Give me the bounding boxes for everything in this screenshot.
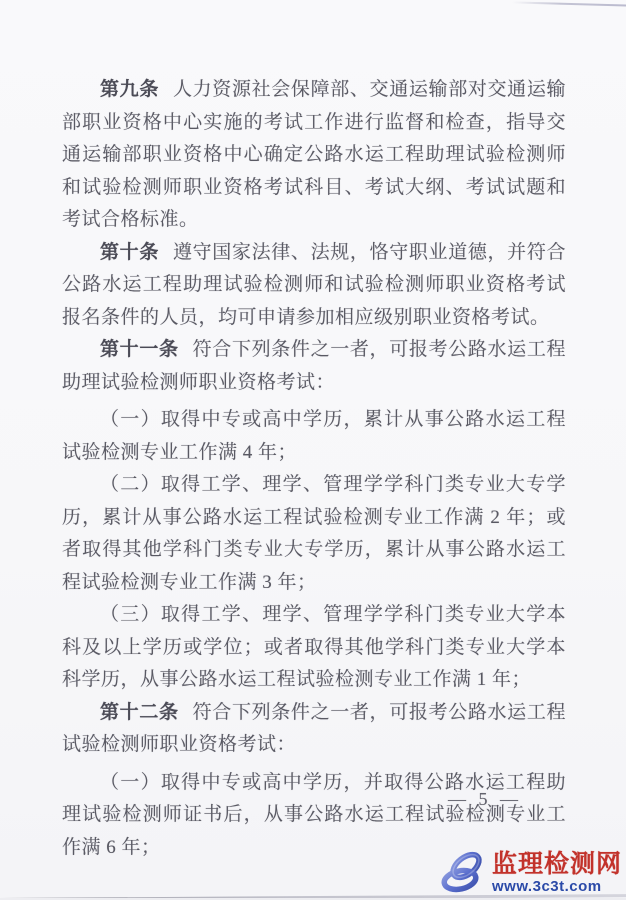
- document-body: 第九条人力资源社会保障部、交通运输部对交通运输部职业资格中心实施的考试工作进行监…: [62, 74, 566, 864]
- site-watermark: 监理检测网 www.3c3t.com: [438, 849, 622, 897]
- paragraph-article-12: 第十二条符合下列条件之一者，可报考公路水运工程试验检测师职业资格考试：: [62, 697, 566, 762]
- paragraph-item-2: （二）取得工学、理学、管理学学科门类专业大专学历，累计从事公路水运工程试验检测专…: [62, 469, 566, 599]
- article-12-heading: 第十二条: [100, 702, 179, 723]
- article-10-heading: 第十条: [100, 242, 159, 263]
- paragraph-item-3: （三）取得工学、理学、管理学学科门类专业大学本科及以上学历或学位；或者取得其他学…: [62, 599, 566, 697]
- item-1b-text: （一）取得中专或高中学历，并取得公路水运工程助理试验检测师证书后，从事公路水运工…: [62, 772, 566, 858]
- watermark-site-url: www.3c3t.com: [492, 879, 602, 894]
- item-1-text: （一）取得中专或高中学历，累计从事公路水运工程试验检测专业工作满 4 年；: [62, 409, 566, 463]
- article-9-text: 人力资源社会保障部、交通运输部对交通运输部职业资格中心实施的考试工作进行监督和检…: [62, 79, 566, 230]
- item-3-text: （三）取得工学、理学、管理学学科门类专业大学本科及以上学历或学位；或者取得其他学…: [62, 604, 566, 690]
- interlocked-rings-logo-icon: [438, 849, 488, 897]
- paragraph-article-9: 第九条人力资源社会保障部、交通运输部对交通运输部职业资格中心实施的考试工作进行监…: [62, 74, 566, 237]
- paragraph-article-10: 第十条遵守国家法律、法规，恪守职业道德，并符合公路水运工程助理试验检测师和试验检…: [62, 237, 566, 335]
- paragraph-article-11: 第十一条符合下列条件之一者，可报考公路水运工程助理试验检测师职业资格考试：: [62, 334, 566, 399]
- article-11-heading: 第十一条: [100, 339, 179, 360]
- watermark-site-name: 监理检测网: [492, 852, 622, 877]
- page-number: — 5 —: [440, 789, 530, 810]
- article-9-heading: 第九条: [100, 79, 159, 100]
- paragraph-item-1: （一）取得中专或高中学历，累计从事公路水运工程试验检测专业工作满 4 年；: [62, 404, 566, 469]
- watermark-text-block: 监理检测网 www.3c3t.com: [492, 852, 622, 894]
- item-2-text: （二）取得工学、理学、管理学学科门类专业大专学历，累计从事公路水运工程试验检测专…: [62, 474, 566, 593]
